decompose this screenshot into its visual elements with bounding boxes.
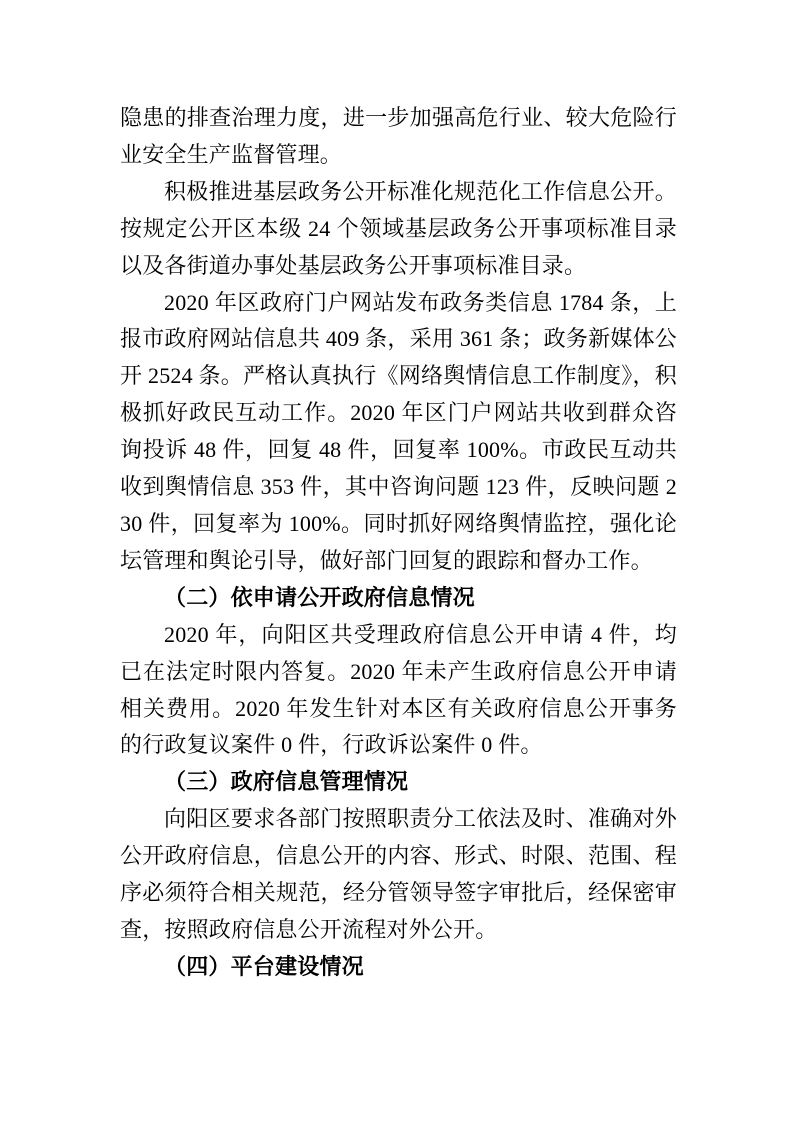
paragraph: 积极推进基层政务公开标准化规范化工作信息公开。按规定公开区本级 24 个领域基层… [120,174,677,285]
paragraph: 隐患的排查治理力度，进一步加强高危行业、较大危险行业安全生产监督管理。 [120,100,677,174]
paragraph: 2020 年区政府门户网站发布政务类信息 1784 条，上报市政府网站信息共 4… [120,285,677,580]
section-heading: （三）政府信息管理情况 [120,764,677,801]
section-heading: （二）依申请公开政府信息情况 [120,580,677,617]
paragraph: 向阳区要求各部门按照职责分工依法及时、准确对外公开政府信息，信息公开的内容、形式… [120,801,677,949]
paragraph: 2020 年，向阳区共受理政府信息公开申请 4 件，均已在法定时限内答复。202… [120,617,677,765]
document-body: 隐患的排查治理力度，进一步加强高危行业、较大危险行业安全生产监督管理。积极推进基… [120,100,677,986]
section-heading: （四）平台建设情况 [120,949,677,986]
document-page: 隐患的排查治理力度，进一步加强高危行业、较大危险行业安全生产监督管理。积极推进基… [0,0,793,1122]
